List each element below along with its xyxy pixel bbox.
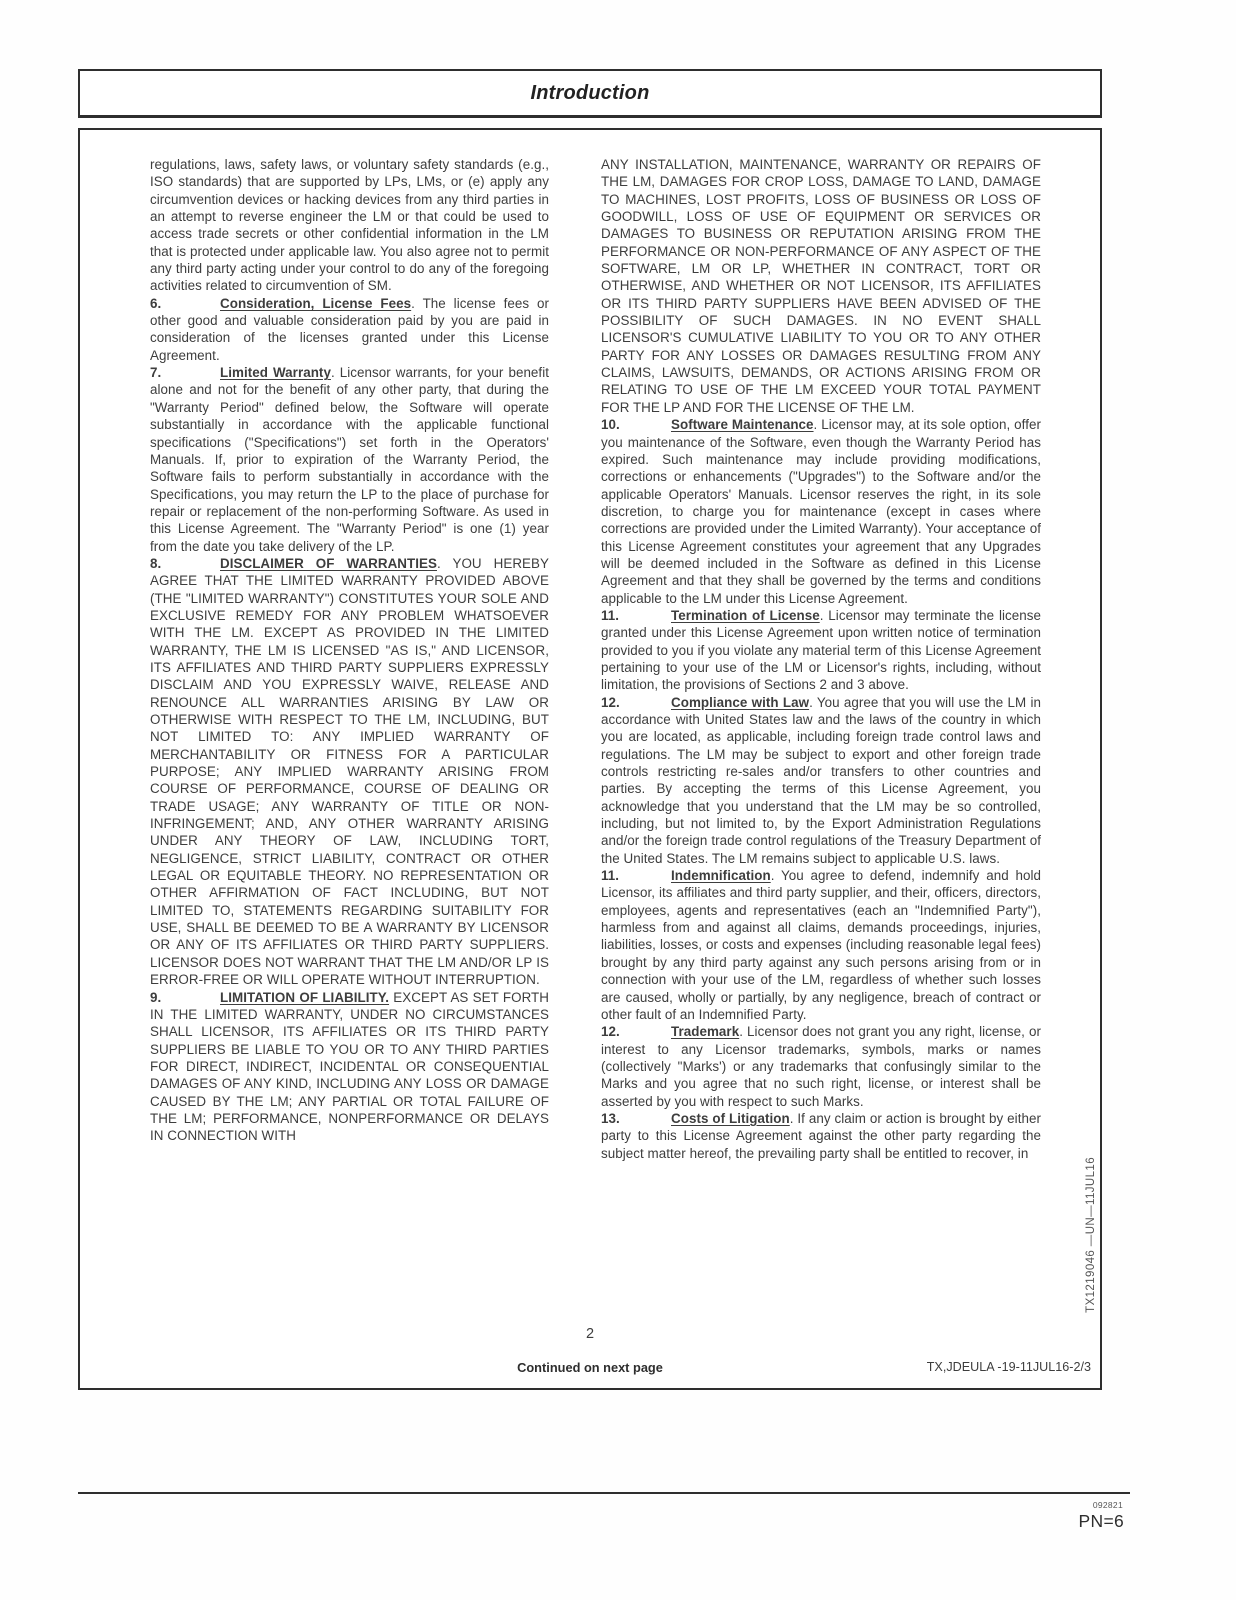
section-11-indemnification: 11.Indemnification. You agree to defend,… <box>601 867 1041 1023</box>
section-13: 13.Costs of Litigation. If any claim or … <box>601 1110 1041 1162</box>
paragraph-continuation: ANY INSTALLATION, MAINTENANCE, WARRANTY … <box>601 156 1041 416</box>
print-code: 092821 <box>1093 1500 1123 1510</box>
pn-number: PN=6 <box>1079 1511 1124 1532</box>
section-number: 13. <box>601 1110 671 1127</box>
section-heading: Software Maintenance <box>671 417 814 432</box>
section-heading: Trademark <box>671 1024 739 1039</box>
section-heading: Limited Warranty <box>220 365 331 380</box>
section-12-trademark: 12.Trademark. Licensor does not grant yo… <box>601 1023 1041 1110</box>
header-box: Introduction <box>78 69 1102 118</box>
section-11-termination: 11.Termination of License. Licensor may … <box>601 607 1041 694</box>
section-body: . YOU HEREBY AGREE THAT THE LIMITED WARR… <box>150 556 549 987</box>
section-heading: DISCLAIMER OF WARRANTIES <box>220 556 437 571</box>
document-code: TX,JDEULA -19-11JUL16-2/3 <box>927 1360 1091 1374</box>
section-number: 6. <box>150 295 220 312</box>
paragraph-body: ANY INSTALLATION, MAINTENANCE, WARRANTY … <box>601 157 1041 415</box>
section-heading: Compliance with Law <box>671 695 809 710</box>
side-reference-code: TX1219046 —UN—11JUL16 <box>1085 1157 1097 1313</box>
section-number: 8. <box>150 555 220 572</box>
section-6: 6.Consideration, License Fees. The licen… <box>150 295 549 364</box>
section-number: 11. <box>601 867 671 884</box>
document-page: Introduction regulations, laws, safety l… <box>0 0 1236 1600</box>
page-title: Introduction <box>530 82 649 105</box>
section-number: 10. <box>601 416 671 433</box>
section-7: 7.Limited Warranty. Licensor warrants, f… <box>150 364 549 555</box>
section-number: 12. <box>601 694 671 711</box>
section-body: EXCEPT AS SET FORTH IN THE LIMITED WARRA… <box>150 990 549 1144</box>
section-heading: Consideration, License Fees <box>220 296 411 311</box>
footer-row: Continued on next page TX,JDEULA -19-11J… <box>80 1360 1100 1376</box>
section-body: . You agree that you will use the LM in … <box>601 695 1041 866</box>
section-number: 7. <box>150 364 220 381</box>
bottom-divider <box>78 1492 1130 1494</box>
content-box: regulations, laws, safety laws, or volun… <box>78 128 1102 1390</box>
section-number: 9. <box>150 989 220 1006</box>
section-9: 9.LIMITATION OF LIABILITY. EXCEPT AS SET… <box>150 989 549 1145</box>
paragraph-body: regulations, laws, safety laws, or volun… <box>150 157 549 293</box>
section-12-compliance: 12.Compliance with Law. You agree that y… <box>601 694 1041 867</box>
right-column: ANY INSTALLATION, MAINTENANCE, WARRANTY … <box>601 156 1041 1314</box>
section-10: 10.Software Maintenance. Licensor may, a… <box>601 416 1041 607</box>
paragraph-continuation: regulations, laws, safety laws, or volun… <box>150 156 549 295</box>
section-8: 8.DISCLAIMER OF WARRANTIES. YOU HEREBY A… <box>150 555 549 989</box>
section-body: . Licensor may, at its sole option, offe… <box>601 417 1041 605</box>
section-heading: Indemnification <box>671 868 771 883</box>
page-number: 2 <box>80 1326 1100 1342</box>
section-heading: Costs of Litigation <box>671 1111 790 1126</box>
section-number: 11. <box>601 607 671 624</box>
section-heading: LIMITATION OF LIABILITY. <box>220 990 389 1005</box>
section-body: . You agree to defend, indemnify and hol… <box>601 868 1041 1022</box>
section-heading: Termination of License <box>671 608 820 623</box>
section-body: . Licensor warrants, for your benefit al… <box>150 365 549 553</box>
left-column: regulations, laws, safety laws, or volun… <box>150 156 549 1314</box>
section-number: 12. <box>601 1023 671 1040</box>
text-columns: regulations, laws, safety laws, or volun… <box>80 130 1100 1314</box>
